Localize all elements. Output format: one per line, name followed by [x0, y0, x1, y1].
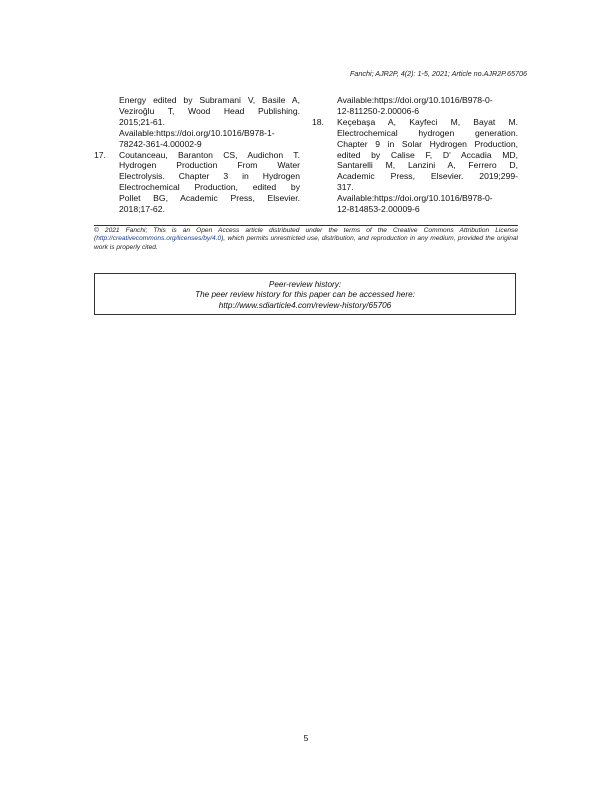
left-column: Energy edited by Subramani V, Basile A, …: [94, 95, 300, 215]
reference-number: 18.: [312, 117, 337, 215]
ref-line: Hydrogen Production From Water: [119, 160, 300, 171]
ref-doi-link[interactable]: Available:https://doi.org/10.1016/B978-1…: [119, 128, 300, 139]
ref-line: 2015;21-61.: [119, 117, 300, 128]
ref-line: Electrochemical hydrogen generation.: [337, 128, 518, 139]
reference-number: 17.: [94, 150, 119, 215]
ref-doi-link[interactable]: 78242-361-4.00002-9: [119, 139, 300, 150]
ref-line: Coutanceau, Baranton CS, Audichon T.: [119, 150, 300, 161]
reference-16-continuation: Energy edited by Subramani V, Basile A, …: [94, 95, 300, 150]
page-number: 5: [0, 733, 612, 743]
ref-line: Electrochemical Production, edited by: [119, 182, 300, 193]
ref-line: 317.: [337, 182, 518, 193]
peer-review-title: Peer-review history:: [95, 280, 515, 290]
peer-review-text: The peer review history for this paper c…: [95, 290, 515, 300]
running-head: Fanchi; AJR2P, 4(2): 1-5, 2021; Article …: [350, 69, 527, 78]
ref-line: 2018;17-62.: [119, 204, 300, 215]
ref-line: Energy edited by Subramani V, Basile A,: [119, 95, 300, 106]
license-notice: © 2021 Fanchi; This is an Open Access ar…: [94, 227, 518, 252]
license-divider: [94, 225, 518, 226]
ref-line: Academic Press, Elsevier. 2019;299-: [337, 171, 518, 182]
ref-line: edited by Calise F, D' Accadia MD,: [337, 150, 518, 161]
right-column: Available:https://doi.org/10.1016/B978-0…: [312, 95, 518, 215]
ref-line: Veziroğlu T, Wood Head Publishing.: [119, 106, 300, 117]
ref-doi-link[interactable]: Available:https://doi.org/10.1016/B978-0…: [337, 193, 518, 204]
peer-review-box: Peer-review history: The peer review his…: [94, 273, 516, 315]
ref-line: Keçebaşa A, Kayfeci M, Bayat M.: [337, 117, 518, 128]
ref-line: Santarelli M, Lanzini A, Ferrero D,: [337, 160, 518, 171]
ref-doi-link[interactable]: 12-814853-2.00009-6: [337, 204, 518, 215]
ref-doi-link[interactable]: 12-811250-2.00006-6: [337, 106, 518, 117]
ref-doi-link[interactable]: Available:https://doi.org/10.1016/B978-0…: [337, 95, 518, 106]
references-section: Energy edited by Subramani V, Basile A, …: [94, 95, 518, 215]
peer-review-link[interactable]: http://www.sdiarticle4.com/review-histor…: [95, 301, 515, 311]
license-link[interactable]: http://creativecommons.org/licenses/by/4…: [96, 235, 221, 242]
ref-line: Electrolysis. Chapter 3 in Hydrogen: [119, 171, 300, 182]
reference-18: 18. Keçebaşa A, Kayfeci M, Bayat M. Elec…: [312, 117, 518, 215]
ref-line: Pollet BG, Academic Press, Elsevier.: [119, 193, 300, 204]
reference-17b-continuation: Available:https://doi.org/10.1016/B978-0…: [312, 95, 518, 117]
ref-line: Chapter 9 in Solar Hydrogen Production,: [337, 139, 518, 150]
reference-17: 17. Coutanceau, Baranton CS, Audichon T.…: [94, 150, 300, 215]
